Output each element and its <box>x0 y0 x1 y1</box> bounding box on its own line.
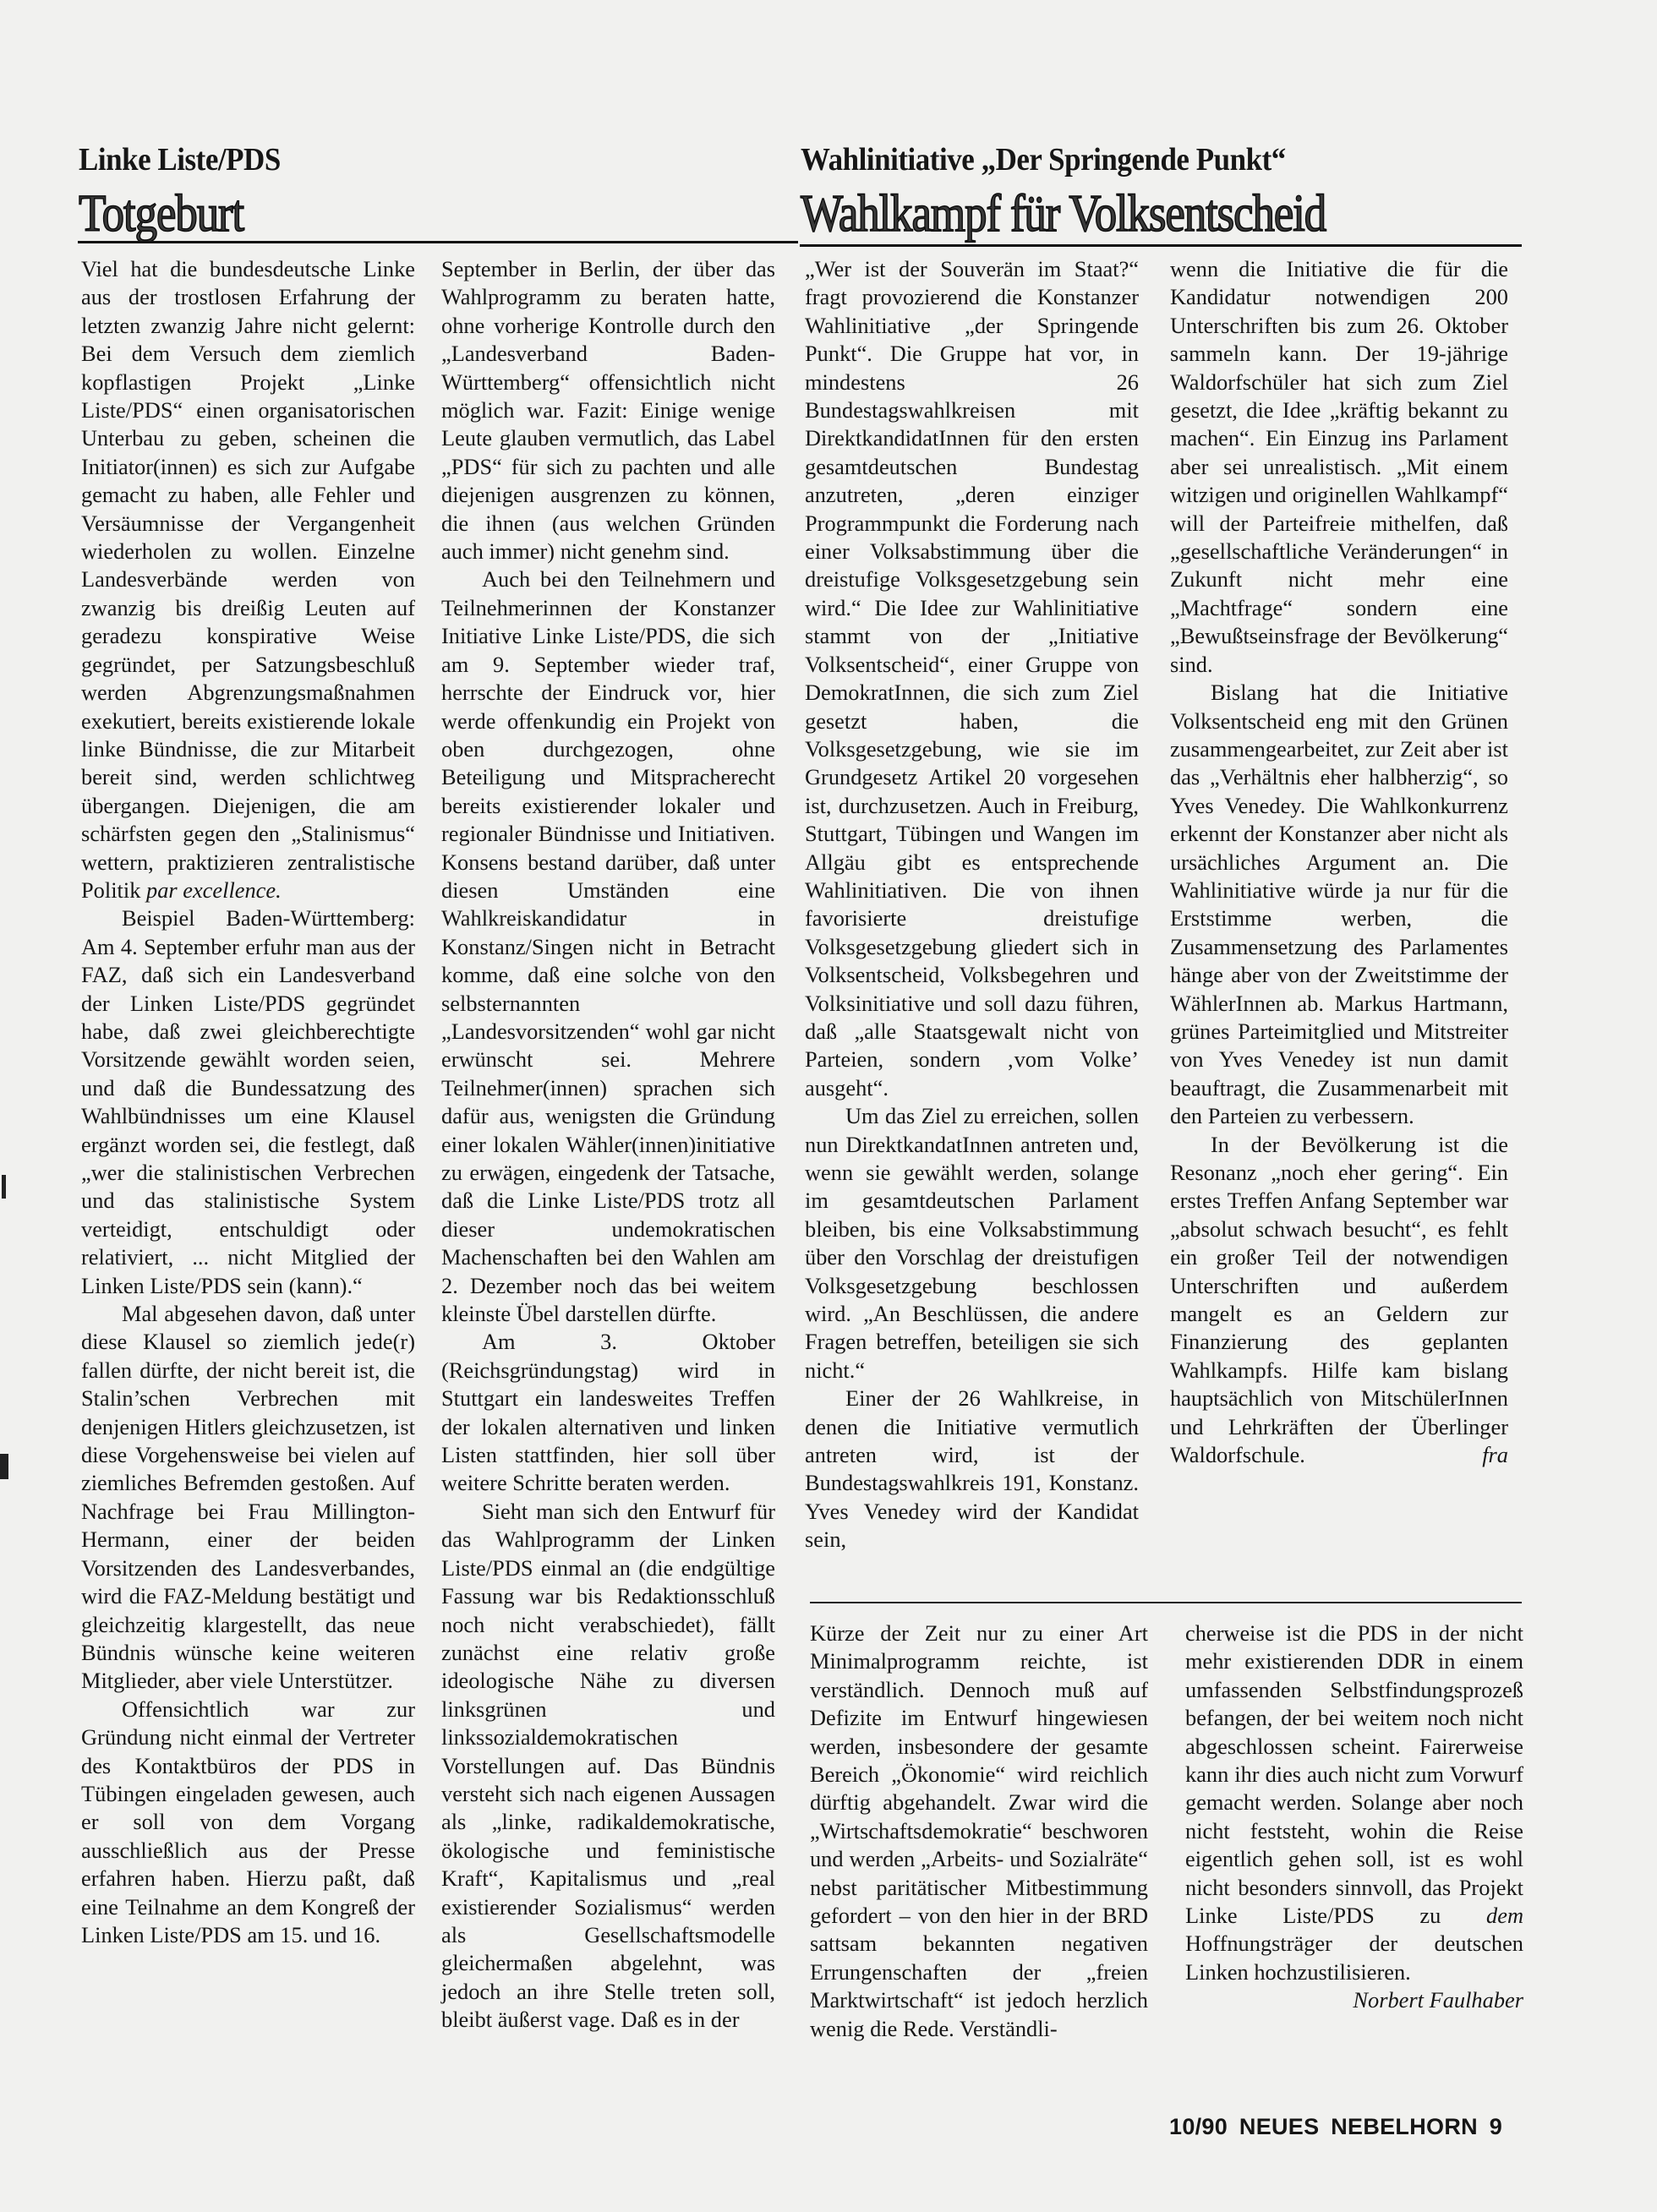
continuation-divider <box>810 1602 1522 1603</box>
paragraph: Sieht man sich den Entwurf für das Wahlp… <box>441 1498 775 2034</box>
paragraph: cherweise ist die PDS in der nicht mehr … <box>1185 1619 1523 1986</box>
page-number: 9 <box>1490 2114 1502 2139</box>
right-article-author: fra <box>1441 1441 1508 1469</box>
left-article-author: Norbert Faulhaber <box>1185 1986 1523 2014</box>
italic-phrase: par excellence. <box>146 877 282 903</box>
left-article-column-2: September in Berlin, der über das Wahlpr… <box>441 255 775 2034</box>
paragraph: Viel hat die bundesdeutsche Linke aus de… <box>81 255 415 904</box>
paragraph: Um das Ziel zu erreichen, sollen nun Dir… <box>805 1102 1139 1385</box>
paragraph: Beispiel Baden-Württemberg: Am 4. Septem… <box>81 904 415 1300</box>
left-article-kicker: Linke Liste/PDS <box>79 144 281 176</box>
right-headline-rule <box>800 244 1522 247</box>
paragraph: In der Bevölkerung ist die Resonanz „noc… <box>1170 1131 1508 1470</box>
paragraph: Kürze der Zeit nur zu einer Art Minimalp… <box>810 1619 1148 2043</box>
paragraph: „Wer ist der Souverän im Staat?“ fragt p… <box>805 255 1139 1102</box>
page-footer: 10/90 NEUES NEBELHORN 9 <box>1169 2114 1502 2140</box>
publication-name: NEUES NEBELHORN <box>1239 2114 1478 2139</box>
paragraph-text: cherweise ist die PDS in der nicht mehr … <box>1185 1620 1523 1928</box>
left-article-column-4: cherweise ist die PDS in der nicht mehr … <box>1185 1619 1523 2015</box>
right-article-kicker: Wahlinitiative „Der Springende Punkt“ <box>801 144 1286 176</box>
paragraph: Einer der 26 Wahlkreise, in denen die In… <box>805 1385 1139 1554</box>
paragraph: Auch bei den Teilnehmern und Teilnehmeri… <box>441 565 775 1328</box>
right-article-headline: Wahlkampf für Volksentscheid <box>801 188 1326 240</box>
left-article-column-1: Viel hat die bundesdeutsche Linke aus de… <box>81 255 415 1949</box>
paragraph: Offensichtlich war zur Gründung nicht ei… <box>81 1696 415 1950</box>
right-article-column-1: „Wer ist der Souverän im Staat?“ fragt p… <box>805 255 1139 1554</box>
paragraph: Am 3. Oktober (Reichsgründungstag) wird … <box>441 1328 775 1497</box>
paragraph: Bislang hat die Initiative Volksentschei… <box>1170 679 1508 1131</box>
paragraph: September in Berlin, der über das Wahlpr… <box>441 255 775 565</box>
paragraph-text: Hoffnungsträger der deutschen Linken hoc… <box>1185 1931 1523 1984</box>
paragraph-text: Viel hat die bundesdeutsche Linke aus de… <box>81 256 415 903</box>
left-article-headline: Totgeburt <box>79 188 243 240</box>
scan-edge-mark <box>0 1454 8 1479</box>
right-article-column-2: wenn die Initiative die für die Kandidat… <box>1170 255 1508 1469</box>
left-article-column-3: Kürze der Zeit nur zu einer Art Minimalp… <box>810 1619 1148 2043</box>
paragraph: Mal abgesehen davon, daß unter diese Kla… <box>81 1300 415 1696</box>
scan-edge-mark <box>2 1175 6 1199</box>
italic-word: dem <box>1486 1903 1523 1928</box>
paragraph: wenn die Initiative die für die Kandidat… <box>1170 255 1508 679</box>
paragraph-text: In der Bevölkerung ist die Resonanz „noc… <box>1170 1132 1508 1467</box>
issue-number: 10/90 <box>1169 2114 1228 2139</box>
left-headline-rule <box>78 241 798 243</box>
